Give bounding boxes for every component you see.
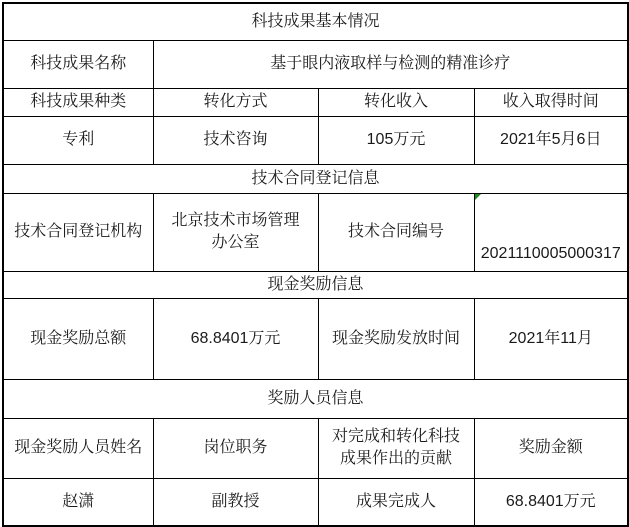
header-award-amount: 奖励金额	[474, 418, 628, 478]
table-row: 现金奖励信息	[3, 271, 628, 298]
cell-error-indicator-triangle-icon	[475, 194, 482, 201]
label-contract-number: 技术合同编号	[318, 193, 474, 271]
section-header-cash-award-info: 现金奖励信息	[3, 271, 628, 298]
table-row: 科技成果名称 基于眼内液取样与检测的精准诊疗	[3, 40, 628, 88]
value-transform-income: 105万元	[318, 116, 474, 164]
label-award-date: 现金奖励发放时间	[318, 298, 474, 379]
table-row: 奖励人员信息	[3, 379, 628, 418]
header-transform-income: 转化收入	[318, 88, 474, 116]
label-achievement-name: 科技成果名称	[3, 40, 153, 88]
table-title-basic-info: 科技成果基本情况	[3, 3, 628, 40]
header-income-date: 收入取得时间	[474, 88, 628, 116]
header-contribution: 对完成和转化科技 成果作出的贡献	[318, 418, 474, 478]
table-row: 技术合同登记信息	[3, 164, 628, 193]
section-header-contract-info: 技术合同登记信息	[3, 164, 628, 193]
table-row: 现金奖励人员姓名 岗位职务 对完成和转化科技 成果作出的贡献 奖励金额	[3, 418, 628, 478]
label-contract-registry: 技术合同登记机构	[3, 193, 153, 271]
value-award-date: 2021年11月	[474, 298, 628, 379]
table-row: 技术合同登记机构 北京技术市场管理 办公室 技术合同编号 20211100050…	[3, 193, 628, 271]
table-row: 现金奖励总额 68.8401万元 现金奖励发放时间 2021年11月	[3, 298, 628, 379]
header-position: 岗位职务	[153, 418, 318, 478]
tech-achievement-table: 科技成果基本情况 科技成果名称 基于眼内液取样与检测的精准诊疗 科技成果种类 转…	[2, 2, 629, 527]
header-transform-method: 转化方式	[153, 88, 318, 116]
header-achievement-type: 科技成果种类	[3, 88, 153, 116]
section-header-awardee-info: 奖励人员信息	[3, 379, 628, 418]
table-row: 科技成果种类 转化方式 转化收入 收入取得时间	[3, 88, 628, 116]
contract-number-text: 2021110005000317	[481, 245, 621, 262]
value-contract-number: 2021110005000317	[474, 193, 628, 271]
value-income-date: 2021年5月6日	[474, 116, 628, 164]
label-award-total: 现金奖励总额	[3, 298, 153, 379]
value-achievement-name: 基于眼内液取样与检测的精准诊疗	[153, 40, 628, 88]
value-contribution: 成果完成人	[318, 478, 474, 526]
table-row: 科技成果基本情况	[3, 3, 628, 40]
value-award-amount: 68.8401万元	[474, 478, 628, 526]
value-achievement-type: 专利	[3, 116, 153, 164]
header-awardee-name: 现金奖励人员姓名	[3, 418, 153, 478]
value-awardee-name: 赵潇	[3, 478, 153, 526]
value-award-total: 68.8401万元	[153, 298, 318, 379]
value-contract-registry: 北京技术市场管理 办公室	[153, 193, 318, 271]
value-position: 副教授	[153, 478, 318, 526]
value-transform-method: 技术咨询	[153, 116, 318, 164]
table-row: 专利 技术咨询 105万元 2021年5月6日	[3, 116, 628, 164]
table-row: 赵潇 副教授 成果完成人 68.8401万元	[3, 478, 628, 526]
